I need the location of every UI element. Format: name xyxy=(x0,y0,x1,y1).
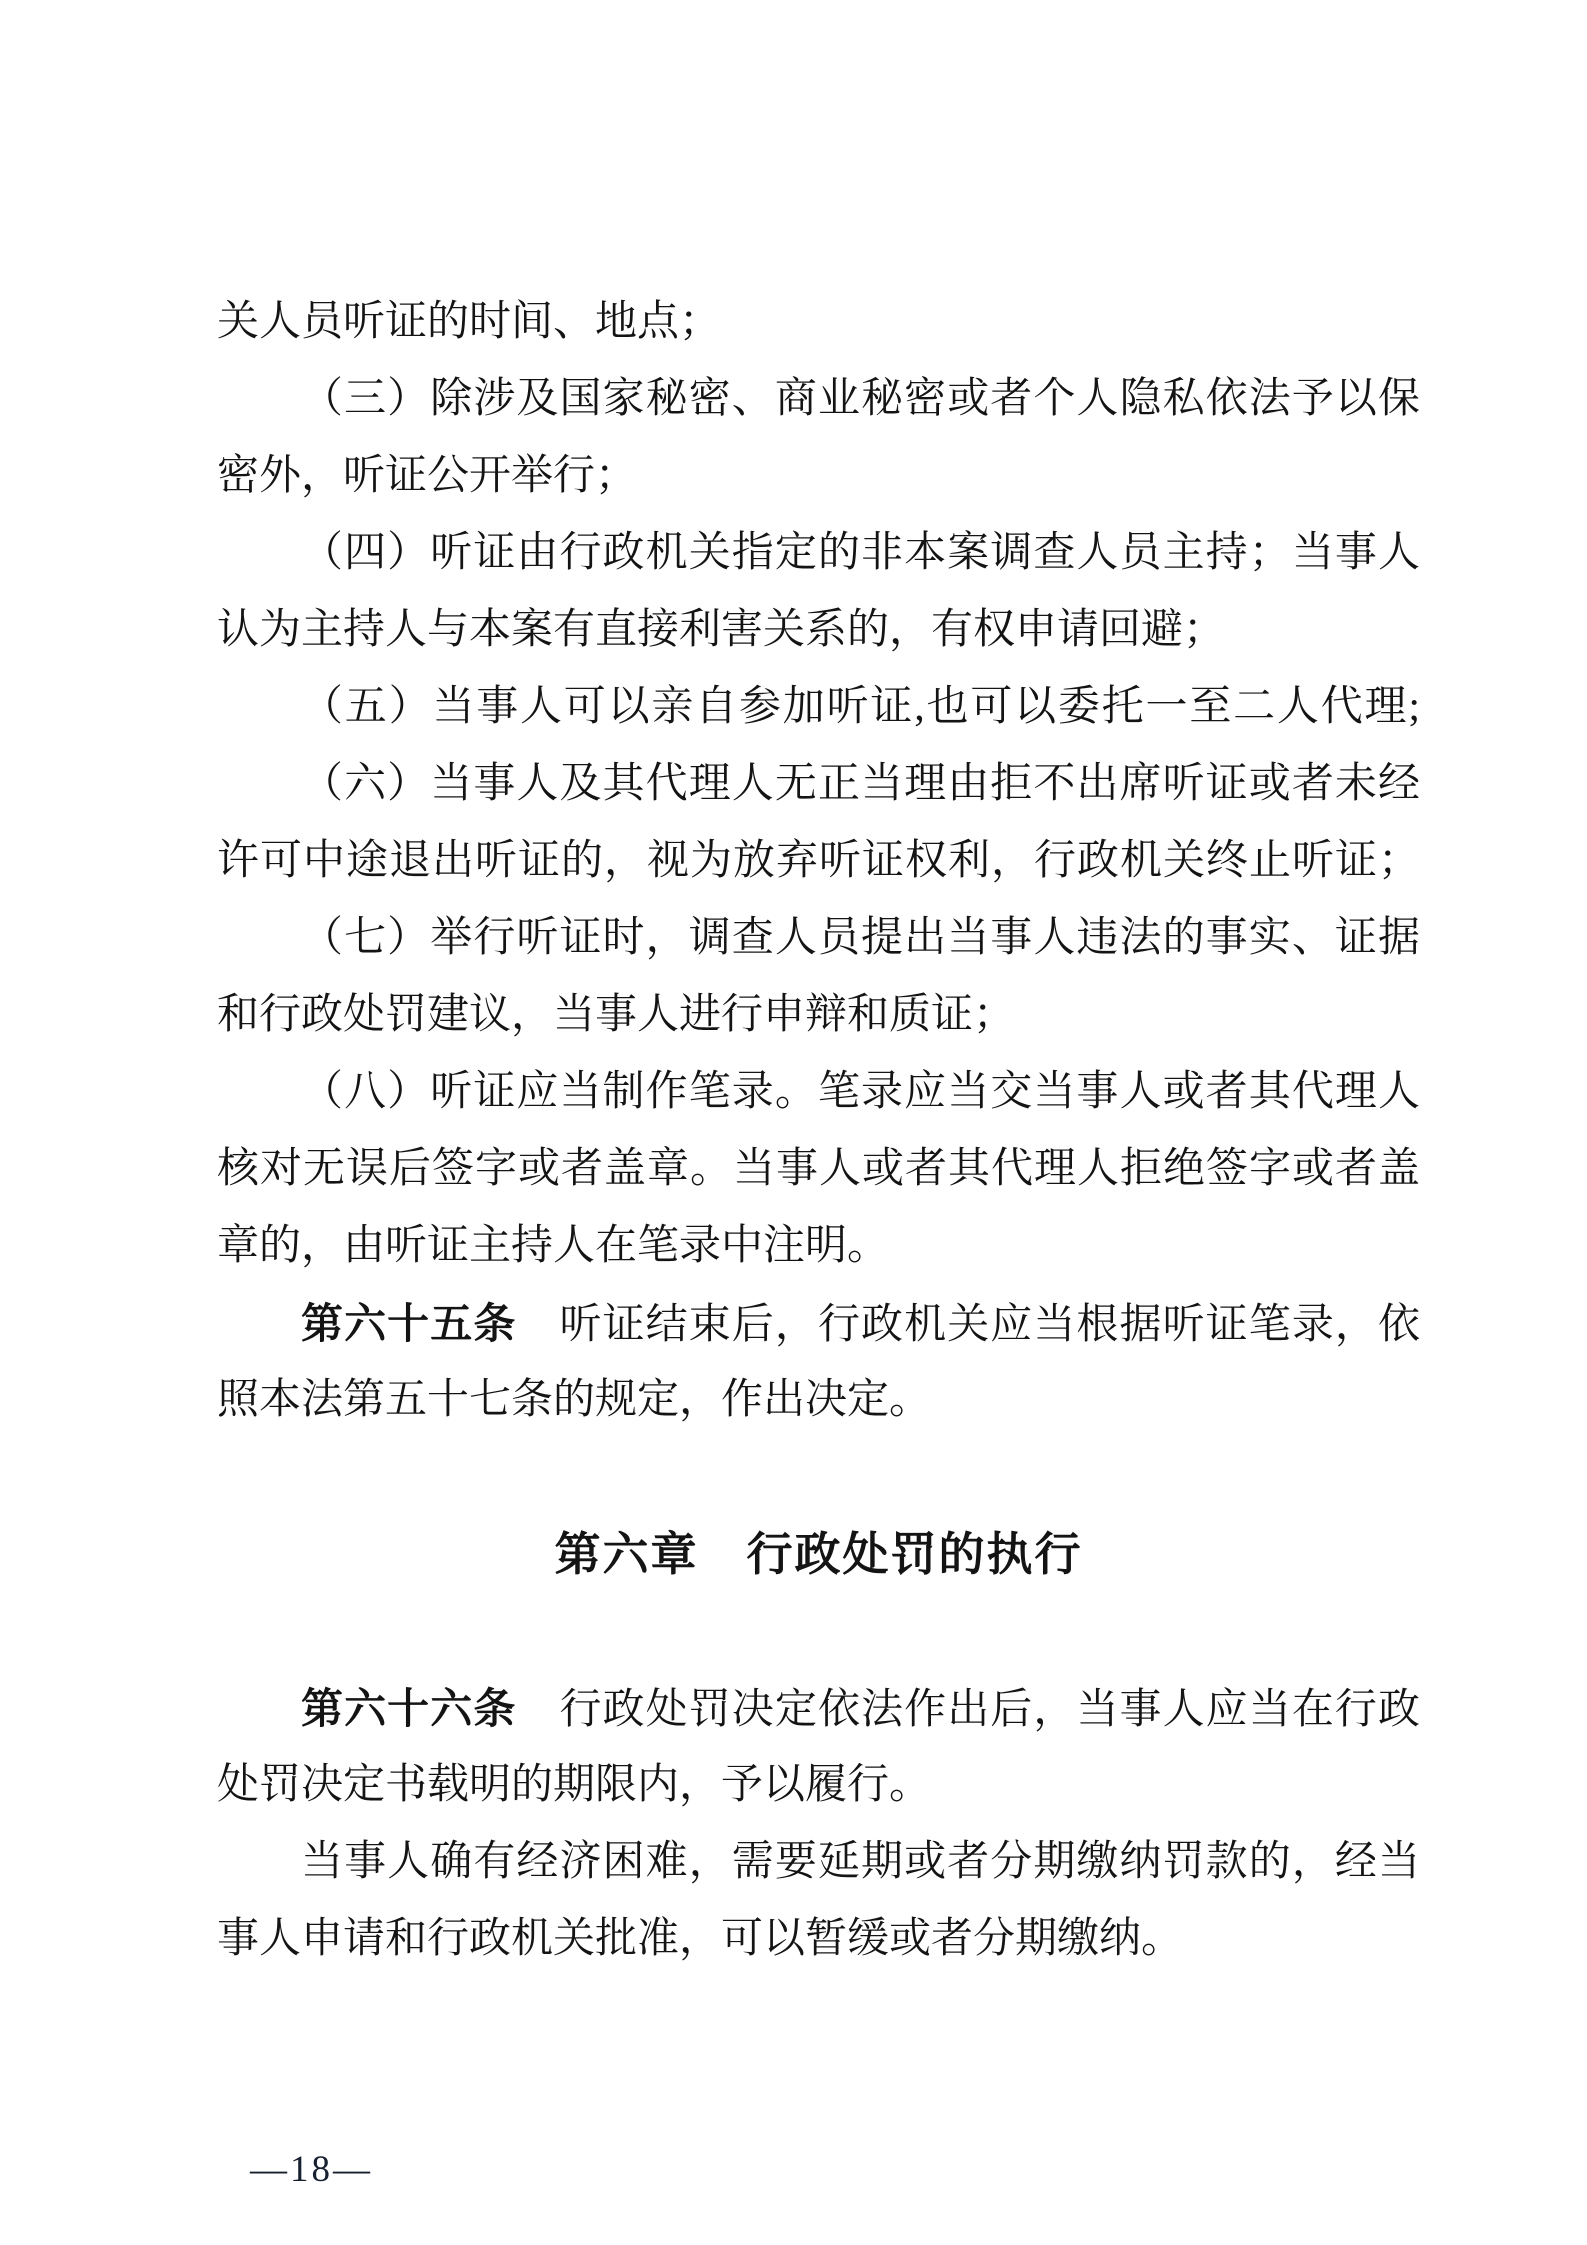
text-line: 和行政处罚建议，当事人进行申辩和质证； xyxy=(217,977,1420,1054)
text-line: 认为主持人与本案有直接利害关系的，有权申请回避； xyxy=(217,592,1420,669)
text-line-article-65: 第六十五条 听证结束后，行政机关应当根据听证笔录，依 xyxy=(217,1285,1420,1362)
text-line: （八）听证应当制作笔录。笔录应当交当事人或者其代理人 xyxy=(217,1054,1420,1131)
document-page: 关人员听证的时间、地点； （三）除涉及国家秘密、商业秘密或者个人隐私依法予以保 … xyxy=(0,0,1587,2245)
article-65-number: 第六十五条 xyxy=(301,1300,516,1347)
article-65-text: 听证结束后，行政机关应当根据听证笔录，依 xyxy=(516,1302,1420,1348)
text-line: 许可中途退出听证的，视为放弃听证权利，行政机关终止听证； xyxy=(217,823,1420,900)
text-line: 核对无误后签字或者盖章。当事人或者其代理人拒绝签字或者盖 xyxy=(217,1131,1420,1208)
text-line: （七）举行听证时，调查人员提出当事人违法的事实、证据 xyxy=(217,900,1420,977)
text-line: （六）当事人及其代理人无正当理由拒不出席听证或者未经 xyxy=(217,746,1420,823)
text-line: 密外，听证公开举行； xyxy=(217,438,1420,515)
text-line-article-66: 第六十六条 行政处罚决定依法作出后，当事人应当在行政 xyxy=(217,1670,1420,1747)
text-line: 照本法第五十七条的规定，作出决定。 xyxy=(217,1362,1420,1439)
page-number: —18— xyxy=(250,2131,373,2208)
article-66-text: 行政处罚决定依法作出后，当事人应当在行政 xyxy=(516,1687,1420,1733)
text-line: 关人员听证的时间、地点； xyxy=(217,284,1420,361)
chapter-heading: 第六章 行政处罚的执行 xyxy=(217,1516,1420,1593)
text-line: （五）当事人可以亲自参加听证,也可以委托一至二人代理; xyxy=(217,669,1420,746)
document-body: 关人员听证的时间、地点； （三）除涉及国家秘密、商业秘密或者个人隐私依法予以保 … xyxy=(217,284,1420,1978)
text-line: 章的，由听证主持人在笔录中注明。 xyxy=(217,1208,1420,1285)
text-line: （四）听证由行政机关指定的非本案调查人员主持；当事人 xyxy=(217,515,1420,592)
article-66-number: 第六十六条 xyxy=(301,1685,516,1732)
text-line: 处罚决定书载明的期限内，予以履行。 xyxy=(217,1747,1420,1824)
text-line: （三）除涉及国家秘密、商业秘密或者个人隐私依法予以保 xyxy=(217,361,1420,438)
text-line: 当事人确有经济困难，需要延期或者分期缴纳罚款的，经当 xyxy=(217,1824,1420,1901)
text-line: 事人申请和行政机关批准，可以暂缓或者分期缴纳。 xyxy=(217,1901,1420,1978)
